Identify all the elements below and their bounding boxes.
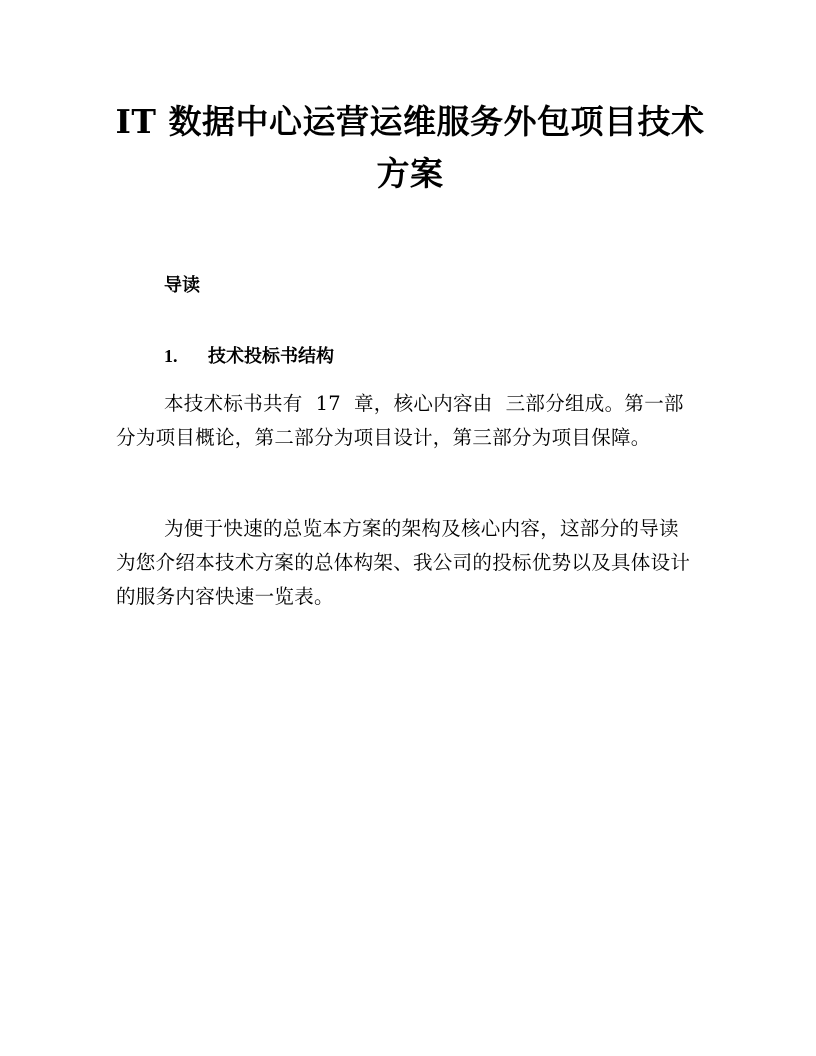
lead-heading: 导读	[164, 271, 200, 297]
section-number: 1.	[164, 346, 208, 367]
paragraph: 为便于快速的总览本方案的架构及核心内容，这部分的导读为您介绍本技术方案的总体构架…	[116, 512, 698, 614]
document-title: IT 数据中心运营运维服务外包项目技术方案	[110, 96, 710, 200]
section-title: 技术投标书结构	[208, 346, 334, 367]
paragraph: 本技术标书共有 17 章，核心内容由 三部分组成。第一部分为项目概论，第二部分为…	[116, 387, 698, 455]
section-heading: 1.技术投标书结构	[164, 342, 334, 368]
